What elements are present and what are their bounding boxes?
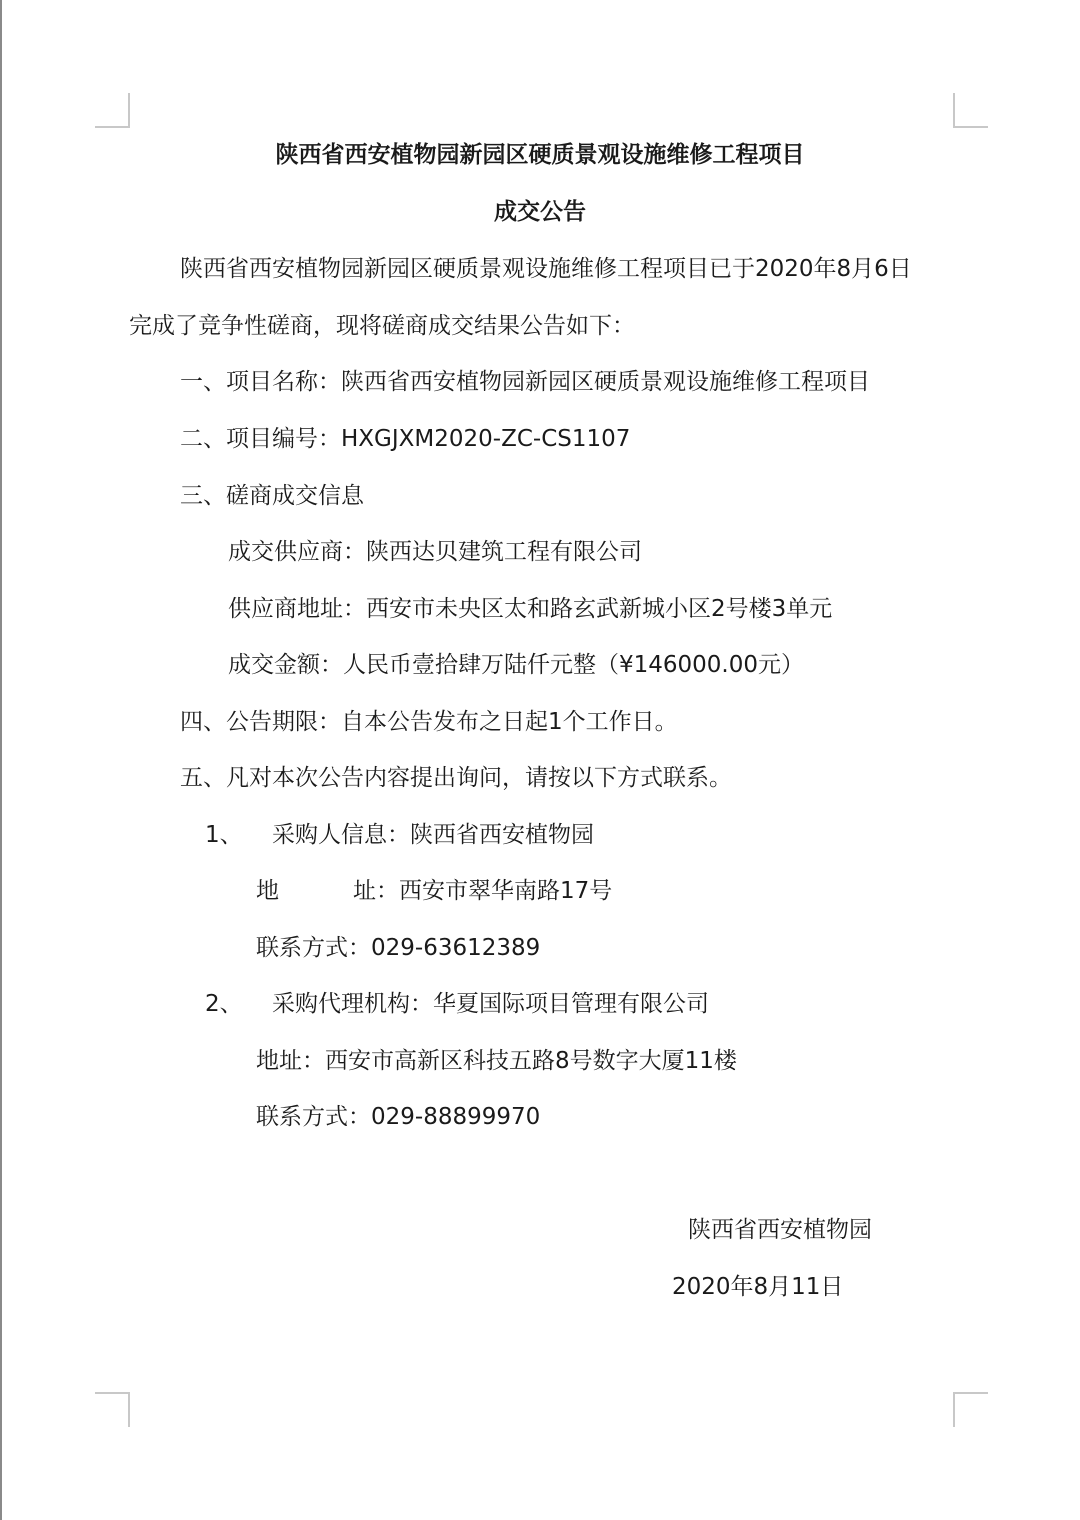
item-project-name: 一、项目名称：陕西省西安植物园新园区硬质景观设施维修工程项目 <box>180 367 870 397</box>
item-notice-period: 四、公告期限：自本公告发布之日起1个工作日。 <box>180 707 678 737</box>
margin-corner-bottom-left <box>95 1392 130 1427</box>
document-subtitle: 成交公告 <box>0 197 1080 227</box>
contact-2-phone: 联系方式：029-88899970 <box>256 1102 540 1132</box>
document-title: 陕西省西安植物园新园区硬质景观设施维修工程项目 <box>0 140 1080 170</box>
contact-2-address: 地址：西安市高新区科技五路8号数字大厦11楼 <box>256 1046 737 1076</box>
margin-corner-bottom-right <box>953 1392 988 1427</box>
item-contact-intro: 五、凡对本次公告内容提出询问，请按以下方式联系。 <box>180 763 732 793</box>
contact-2-header: 采购代理机构：华夏国际项目管理有限公司 <box>272 989 709 1019</box>
margin-corner-top-right <box>953 93 988 128</box>
contact-2-number: 2、 <box>205 989 243 1019</box>
deal-supplier: 成交供应商：陕西达贝建筑工程有限公司 <box>228 537 642 567</box>
contact-1-number: 1、 <box>205 820 243 850</box>
deal-supplier-address: 供应商地址：西安市未央区太和路玄武新城小区2号楼3单元 <box>228 594 832 624</box>
contact-1-address: 址：西安市翠华南路17号 <box>353 876 612 906</box>
intro-line-1: 陕西省西安植物园新园区硬质景观设施维修工程项目已于2020年8月6日 <box>180 254 912 284</box>
intro-line-2: 完成了竞争性磋商，现将磋商成交结果公告如下： <box>129 311 635 341</box>
signature-date: 2020年8月11日 <box>672 1272 843 1302</box>
contact-1-phone: 联系方式：029-63612389 <box>256 933 540 963</box>
contact-1-header: 采购人信息：陕西省西安植物园 <box>272 820 594 850</box>
signature-org: 陕西省西安植物园 <box>688 1215 872 1245</box>
item-project-number: 二、项目编号：HXGJXM2020-ZC-CS1107 <box>180 424 630 454</box>
page-edge <box>0 0 2 1520</box>
margin-corner-top-left <box>95 93 130 128</box>
deal-amount: 成交金额：人民币壹拾肆万陆仟元整（¥146000.00元） <box>228 650 804 680</box>
item-deal-info-heading: 三、磋商成交信息 <box>180 481 364 511</box>
contact-1-address-label: 地 <box>256 876 279 906</box>
